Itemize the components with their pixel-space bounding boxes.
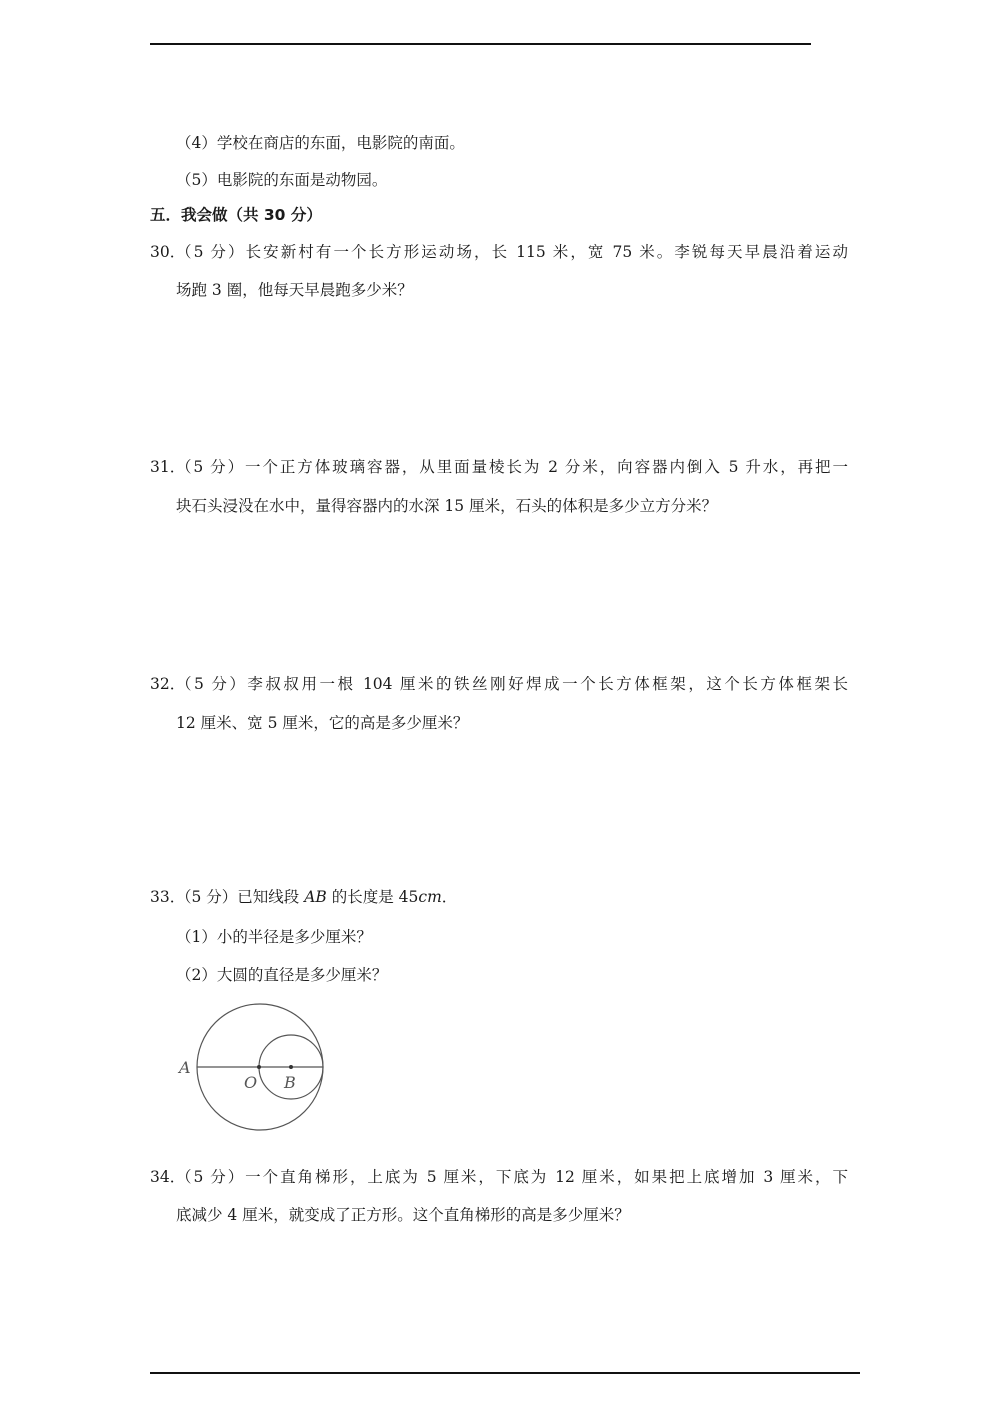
question-text-line: （5 分）一个正方体玻璃容器，从里面量棱长为 2 分米，向容器内倒入 5 升水，… <box>176 457 848 477</box>
section-title: 五．我会做（共 30 分） <box>150 205 322 225</box>
question-text-line: 12 厘米、宽 5 厘米，它的高是多少厘米？ <box>176 713 468 733</box>
question-text-post: ． <box>442 888 458 906</box>
unit: cm <box>418 888 441 906</box>
sub-question-2: （2）大圆的直径是多少厘米？ <box>176 965 387 985</box>
footer-rule <box>150 1372 860 1374</box>
previous-item-5: （5）电影院的东面是动物园。 <box>176 170 387 190</box>
question-text-line: （5 分）李叔叔用一根 104 厘米的铁丝刚好焊成一个长方体框架，这个长方体框架… <box>176 674 848 694</box>
point-o <box>257 1065 261 1069</box>
question-text-line: 块石头浸没在水中，量得容器内的水深 15 厘米，石头的体积是多少立方分米？ <box>176 496 717 516</box>
question-text-line: 底减少 4 厘米，就变成了正方形。这个直角梯形的高是多少厘米？ <box>176 1205 630 1225</box>
previous-item-4: （4）学校在商店的东面，电影院的南面。 <box>176 133 465 153</box>
sub-question-1: （1）小的半径是多少厘米？ <box>176 927 372 947</box>
label-b: B <box>283 1073 296 1092</box>
question-text-line: 场跑 3 圈，他每天早晨跑多少米？ <box>176 280 413 300</box>
circles-figure: A O B <box>170 995 340 1155</box>
question-text-mid: 的长度是 45 <box>327 888 419 906</box>
header-rule <box>150 43 811 45</box>
question-text-line: （5 分）已知线段 AB 的长度是 45cm． <box>176 887 457 907</box>
question-text-line: （5 分）长安新村有一个长方形运动场，长 115 米，宽 75 米。李锐每天早晨… <box>176 242 848 262</box>
question-text-pre: （5 分）已知线段 <box>176 888 304 906</box>
point-b <box>289 1065 293 1069</box>
question-text-line: （5 分）一个直角梯形，上底为 5 厘米，下底为 12 厘米，如果把上底增加 3… <box>176 1167 848 1187</box>
label-a: A <box>177 1058 191 1077</box>
label-o: O <box>244 1073 257 1092</box>
segment-variable: AB <box>304 888 327 906</box>
